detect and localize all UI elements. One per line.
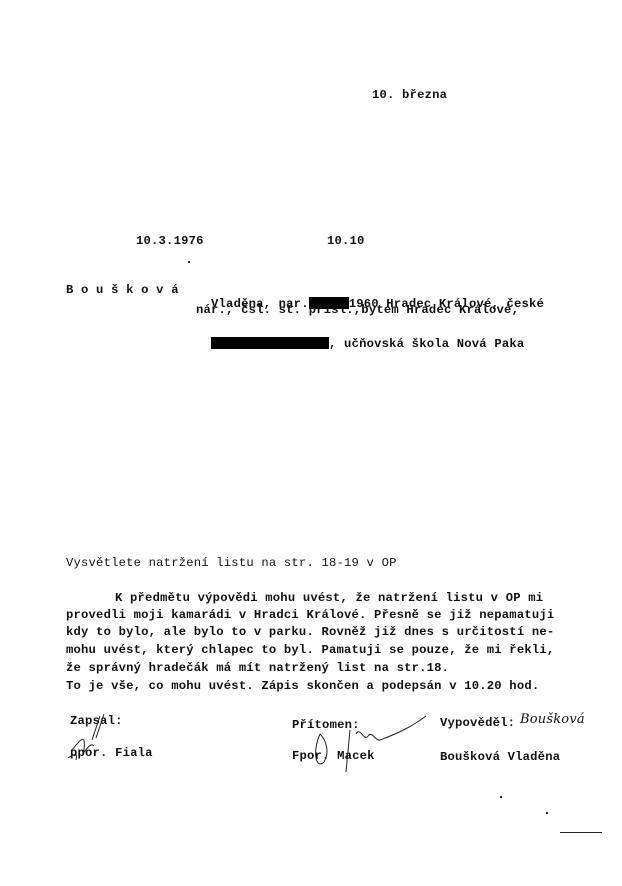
speck — [546, 812, 548, 814]
footer-line — [560, 832, 602, 833]
speck — [500, 796, 502, 798]
record-time: 10.10 — [327, 234, 365, 248]
signature-macek — [310, 712, 430, 774]
person-line-3: , učňovská škola Nová Paka — [196, 323, 524, 351]
testified-name: Boušková Vladěna — [440, 750, 560, 764]
header-date: 10. března — [372, 88, 447, 102]
speck — [188, 261, 190, 263]
signature-fiala — [60, 710, 140, 770]
statement-line: kdy to bylo, ale bylo to v parku. Rovněž… — [66, 625, 554, 639]
record-date: 10.3.1976 — [136, 234, 204, 248]
redaction-address — [211, 337, 329, 349]
person-surname: B o u š k o v á — [66, 283, 179, 297]
statement-line: To je vše, co mohu uvést. Zápis skončen … — [66, 679, 539, 693]
person-line-2: nár., čsl. st. přísl.,bytem Hradec Králo… — [196, 303, 519, 317]
question-text: Vysvětlete natržení listu na str. 18-19 … — [66, 556, 397, 570]
person-school: , učňovská škola Nová Paka — [329, 337, 524, 351]
statement-line: provedli moji kamarádi v Hradci Králové.… — [66, 608, 554, 622]
testified-handwritten-signature: Boušková — [520, 713, 585, 727]
statement-line: že správný hradečák má mít natržený list… — [66, 661, 449, 675]
statement-line: mohu uvést, který chlapec to byl. Pamatu… — [66, 643, 554, 657]
testified-label: Vypověděl: — [440, 716, 515, 730]
statement-line: K předmětu výpovědi mohu uvést, že natrž… — [115, 591, 543, 605]
